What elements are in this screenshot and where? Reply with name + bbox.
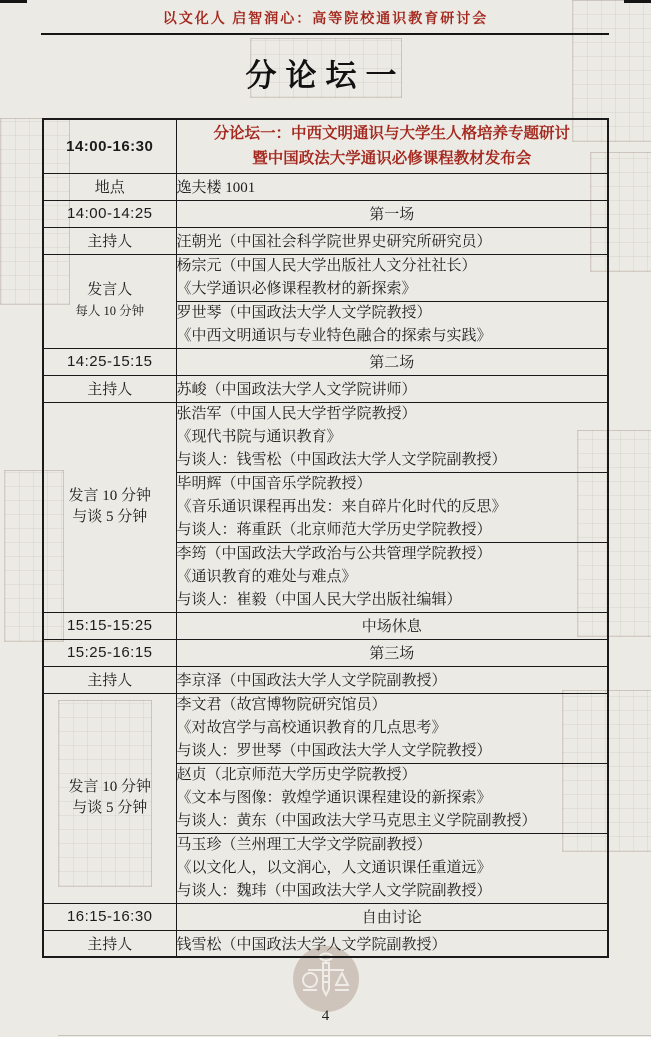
forum-title-line1: 分论坛一：中西文明通识与大学生人格培养专题研讨 <box>177 121 608 146</box>
discussant: 与谈人：崔毅（中国人民大学出版社编辑） <box>177 589 608 612</box>
speaker-role-cell: 发言 10 分钟 与谈 5 分钟 <box>43 402 176 612</box>
host-label-cell: 主持人 <box>43 930 176 957</box>
location-label-cell: 地点 <box>43 173 176 200</box>
speaker-entry-cell: 赵贞（北京师范大学历史学院教授） 《文本与图像：敦煌学通识课程建设的新探索》 与… <box>176 763 608 833</box>
speaker-entry-cell: 李筠（中国政法大学政治与公共管理学院教授） 《通识教育的难处与难点》 与谈人：崔… <box>176 542 608 612</box>
speaker-entry-cell: 张浩军（中国人民大学哲学院教授） 《现代书院与通识教育》 与谈人：钱雪松（中国政… <box>176 402 608 472</box>
speaker-role-line1: 发言 10 分钟 <box>44 486 176 507</box>
speaker-name: 马玉珍（兰州理工大学文学院副教授） <box>177 834 608 857</box>
discussant: 与谈人：黄东（中国政法大学马克思主义学院副教授） <box>177 810 608 833</box>
page-edge-mark-left <box>0 0 27 3</box>
host-name-cell: 钱雪松（中国政法大学人文学院副教授） <box>176 930 608 957</box>
table-row: 主持人 苏峻（中国政法大学人文学院讲师） <box>43 375 608 402</box>
host-label-cell: 主持人 <box>43 227 176 254</box>
page-edge-mark-right <box>624 0 651 3</box>
table-row: 主持人 李京泽（中国政法大学人文学院副教授） <box>43 666 608 693</box>
session3-name-cell: 第三场 <box>176 639 608 666</box>
talk-title: 《大学通识必修课程教材的新探索》 <box>177 278 608 301</box>
host-name-cell: 李京泽（中国政法大学人文学院副教授） <box>176 666 608 693</box>
speaker-name: 杨宗元（中国人民大学出版社人文分社社长） <box>177 255 608 278</box>
table-row: 发言 10 分钟 与谈 5 分钟 李文君（故宫博物院研究馆员） 《对故宫学与高校… <box>43 693 608 763</box>
speaker-entry-cell: 李文君（故宫博物院研究馆员） 《对故宫学与高校通识教育的几点思考》 与谈人：罗世… <box>176 693 608 763</box>
speaker-role-cell: 发言人 每人 10 分钟 <box>43 254 176 348</box>
speaker-role-line1: 发言人 <box>44 280 176 301</box>
discussion-time-cell: 16:15-16:30 <box>43 903 176 930</box>
break-time-cell: 15:15-15:25 <box>43 612 176 639</box>
talk-title: 《现代书院与通识教育》 <box>177 426 608 449</box>
discussion-name-cell: 自由讨论 <box>176 903 608 930</box>
session2-name-cell: 第二场 <box>176 348 608 375</box>
speaker-role-line2: 每人 10 分钟 <box>44 301 176 322</box>
session3-time-cell: 15:25-16:15 <box>43 639 176 666</box>
discussant: 与谈人：罗世琴（中国政法大学人文学院教授） <box>177 740 608 763</box>
session1-name-cell: 第一场 <box>176 200 608 227</box>
table-row: 15:25-16:15 第三场 <box>43 639 608 666</box>
schedule-table: 14:00-16:30 分论坛一：中西文明通识与大学生人格培养专题研讨 暨中国政… <box>42 118 609 958</box>
speaker-entry-cell: 马玉珍（兰州理工大学文学院副教授） 《以文化人，以文润心，人文通识课任重道远》 … <box>176 833 608 903</box>
speaker-name: 李文君（故宫博物院研究馆员） <box>177 694 608 717</box>
discussant: 与谈人：蒋重跃（北京师范大学历史学院教授） <box>177 519 608 542</box>
running-header: 以文化人 启智润心：高等院校通识教育研讨会 <box>0 8 651 28</box>
speaker-role-line2: 与谈 5 分钟 <box>44 507 176 528</box>
host-label-cell: 主持人 <box>43 666 176 693</box>
discussant: 与谈人：钱雪松（中国政法大学人文学院副教授） <box>177 449 608 472</box>
speaker-name: 赵贞（北京师范大学历史学院教授） <box>177 764 608 787</box>
speaker-name: 毕明辉（中国音乐学院教授） <box>177 473 608 496</box>
session1-time-cell: 14:00-14:25 <box>43 200 176 227</box>
talk-title: 《通识教育的难处与难点》 <box>177 566 608 589</box>
table-row: 发言 10 分钟 与谈 5 分钟 张浩军（中国人民大学哲学院教授） 《现代书院与… <box>43 402 608 472</box>
table-row: 14:00-16:30 分论坛一：中西文明通识与大学生人格培养专题研讨 暨中国政… <box>43 119 608 173</box>
page-number: 4 <box>0 1008 651 1025</box>
table-row: 15:15-15:25 中场休息 <box>43 612 608 639</box>
speaker-entry-cell: 罗世琴（中国政法大学人文学院教授） 《中西文明通识与专业特色融合的探索与实践》 <box>176 301 608 348</box>
discussant: 与谈人：魏玮（中国政法大学人文学院副教授） <box>177 880 608 903</box>
table-row: 16:15-16:30 自由讨论 <box>43 903 608 930</box>
forum-title-cell: 分论坛一：中西文明通识与大学生人格培养专题研讨 暨中国政法大学通识必修课程教材发… <box>176 119 608 173</box>
host-name-cell: 汪朝光（中国社会科学院世界史研究所研究员） <box>176 227 608 254</box>
table-row: 主持人 钱雪松（中国政法大学人文学院副教授） <box>43 930 608 957</box>
speaker-role-cell: 发言 10 分钟 与谈 5 分钟 <box>43 693 176 903</box>
host-name-cell: 苏峻（中国政法大学人文学院讲师） <box>176 375 608 402</box>
talk-title: 《文本与图像：敦煌学通识课程建设的新探索》 <box>177 787 608 810</box>
table-row: 发言人 每人 10 分钟 杨宗元（中国人民大学出版社人文分社社长） 《大学通识必… <box>43 254 608 301</box>
table-row: 14:00-14:25 第一场 <box>43 200 608 227</box>
break-name-cell: 中场休息 <box>176 612 608 639</box>
speaker-name: 李筠（中国政法大学政治与公共管理学院教授） <box>177 543 608 566</box>
page-title: 分论坛一 <box>0 50 651 95</box>
speaker-role-line1: 发言 10 分钟 <box>44 777 176 798</box>
location-value-cell: 逸夫楼 1001 <box>176 173 608 200</box>
forum-title-line2: 暨中国政法大学通识必修课程教材发布会 <box>177 146 608 171</box>
talk-title: 《对故宫学与高校通识教育的几点思考》 <box>177 717 608 740</box>
speaker-entry-cell: 杨宗元（中国人民大学出版社人文分社社长） 《大学通识必修课程教材的新探索》 <box>176 254 608 301</box>
overview-time-cell: 14:00-16:30 <box>43 119 176 173</box>
table-row: 14:25-15:15 第二场 <box>43 348 608 375</box>
table-row: 地点 逸夫楼 1001 <box>43 173 608 200</box>
speaker-name: 罗世琴（中国政法大学人文学院教授） <box>177 302 608 325</box>
speaker-entry-cell: 毕明辉（中国音乐学院教授） 《音乐通识课程再出发：来自碎片化时代的反思》 与谈人… <box>176 472 608 542</box>
table-row: 主持人 汪朝光（中国社会科学院世界史研究所研究员） <box>43 227 608 254</box>
speaker-name: 张浩军（中国人民大学哲学院教授） <box>177 403 608 426</box>
talk-title: 《中西文明通识与专业特色融合的探索与实践》 <box>177 325 608 348</box>
speaker-role-line2: 与谈 5 分钟 <box>44 798 176 819</box>
talk-title: 《以文化人，以文润心，人文通识课任重道远》 <box>177 857 608 880</box>
talk-title: 《音乐通识课程再出发：来自碎片化时代的反思》 <box>177 496 608 519</box>
bottom-rule <box>58 1035 651 1036</box>
host-label-cell: 主持人 <box>43 375 176 402</box>
session2-time-cell: 14:25-15:15 <box>43 348 176 375</box>
header-rule <box>41 33 609 35</box>
